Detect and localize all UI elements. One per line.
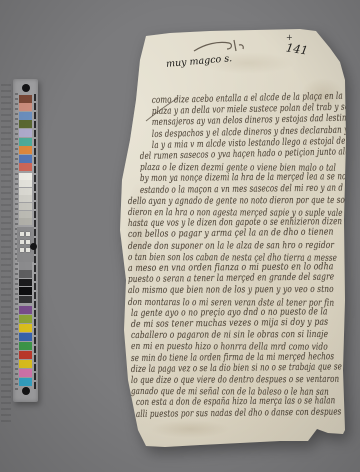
manuscript-text-block: como dize acebo entalla a el alcde de la…: [0, 0, 360, 472]
manuscript-line: alli puestos por sus nadas del dho o dan…: [136, 406, 342, 420]
manuscript-line: con bellos o pagar y arma çel la an de d…: [128, 227, 334, 241]
manuscript-page-wrap: muy magco s. + 141 como dize acebo ental…: [0, 0, 360, 472]
manuscript-line: dende don suponer on la le alza de san h…: [128, 240, 334, 252]
manuscript-line: dello ayan y agnado de gente no noto die…: [128, 195, 350, 207]
manuscript-line: dize la paga vez o se la dio bien si no …: [131, 361, 342, 375]
manuscript-line: alo mismo que bien non de los y puen y y…: [128, 284, 334, 296]
manuscript-line: lo que dize o que viere do dentro despue…: [131, 374, 339, 386]
manuscript-line: estando o la maçon a vn mes sasecos del …: [140, 182, 343, 195]
manuscript-page: muy magco s. + 141 como dize acebo ental…: [0, 0, 360, 472]
manuscript-line: de mi sos tener muchas vezes o mija si d…: [131, 317, 328, 330]
photo-canvas: muy magco s. + 141 como dize acebo ental…: [0, 0, 360, 472]
manuscript-line: caballero o pagaron de ni sin le obras c…: [131, 329, 328, 341]
